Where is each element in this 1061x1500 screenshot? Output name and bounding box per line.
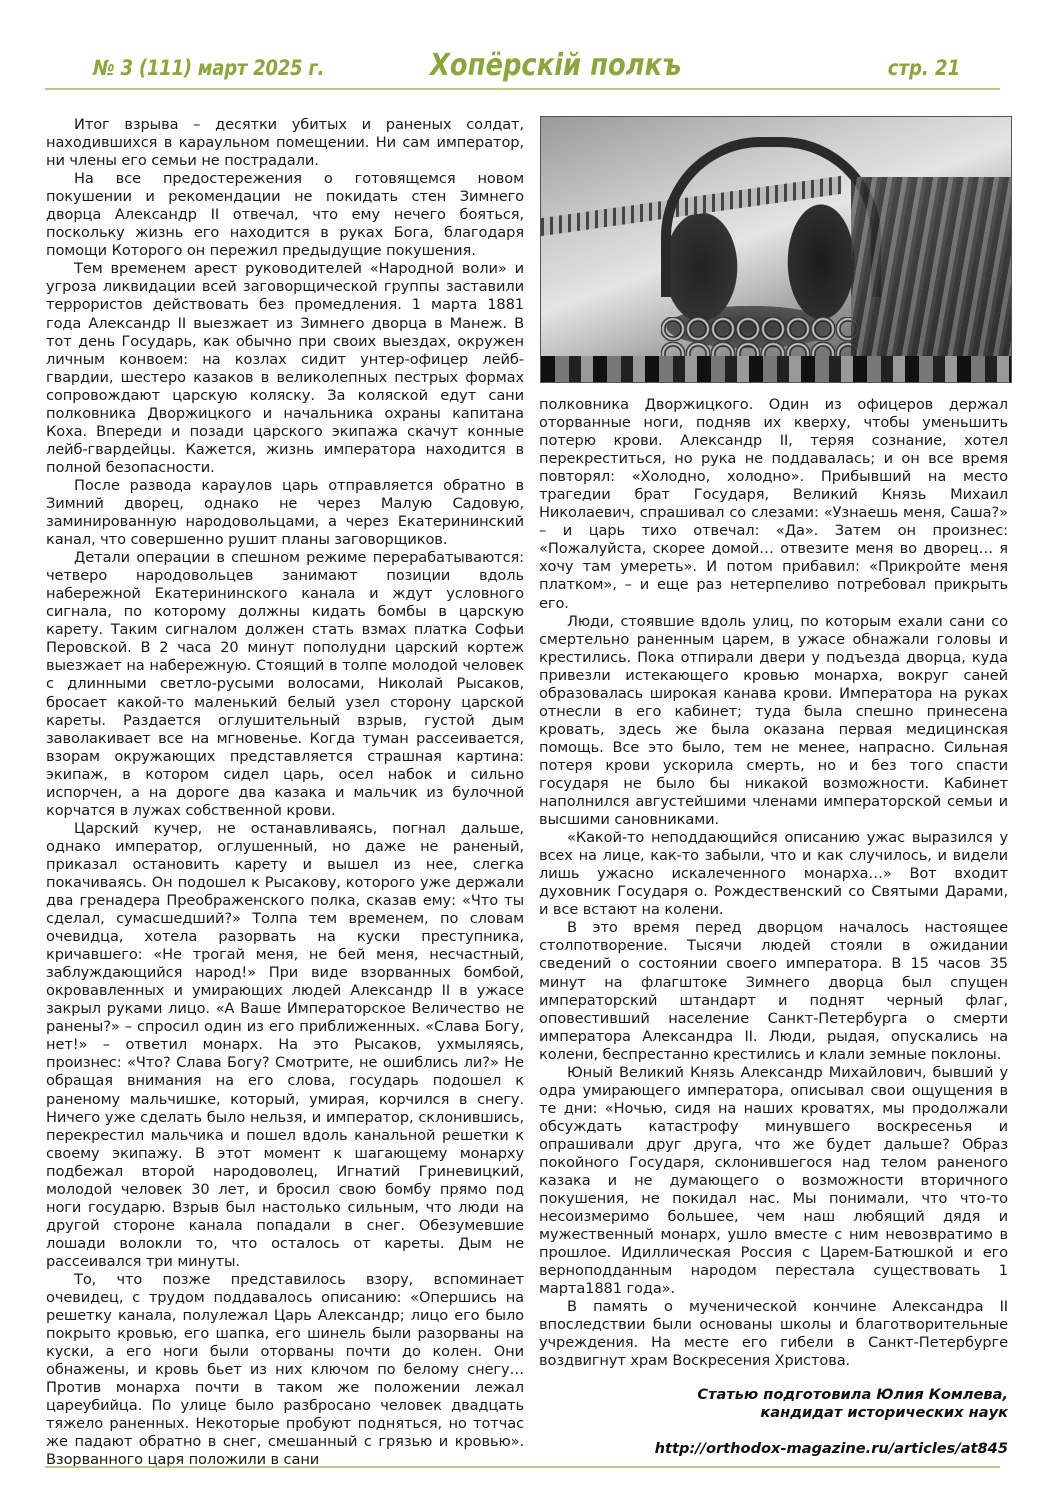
paragraph: После развода караулов царь отправляется…	[46, 477, 524, 549]
page-number: стр. 21	[888, 56, 960, 80]
paragraph: Люди, стоявшие вдоль улиц, по которым ех…	[539, 613, 1008, 830]
page-header: № 3 (111) март 2025 г. Хопёрскій полкъ с…	[45, 48, 1000, 90]
paragraph: То, что позже представилось взору, вспом…	[46, 1271, 524, 1470]
paragraph: «Какой-то неподдающийся описанию ужас вы…	[539, 829, 1008, 919]
footer-divider	[45, 1466, 1000, 1468]
paragraph: Детали операции в спешном режиме перераб…	[46, 549, 524, 820]
author-signature: Статью подготовила Юлия Комлева, кандида…	[697, 1386, 1008, 1422]
source-link[interactable]: http://orthodox-magazine.ru/articles/at8…	[655, 1440, 1008, 1457]
paragraph: В память о мученической кончине Александ…	[539, 1298, 1008, 1370]
author-credential: кандидат исторических наук	[697, 1404, 1008, 1422]
paragraph: На все предостережения о готовящемся нов…	[46, 170, 524, 260]
engraving-image	[540, 116, 1012, 383]
issue-number: № 3 (111) март 2025 г.	[93, 56, 324, 80]
right-column: полковника Дворжицкого. Один из офицеров…	[539, 396, 1008, 1371]
left-column: Итог взрыва – десятки убитых и раненых с…	[46, 116, 524, 1470]
paragraph: Итог взрыва – десятки убитых и раненых с…	[46, 116, 524, 170]
front-figures	[541, 356, 1011, 382]
memorial-arch	[661, 137, 881, 297]
author-line: Статью подготовила Юлия Комлева,	[697, 1386, 1008, 1404]
paragraph: Юный Великий Князь Александр Михайлович,…	[539, 1064, 1008, 1299]
paragraph-continuation: полковника Дворжицкого. Один из офицеров…	[539, 396, 1008, 613]
paragraph: Тем временем арест руководителей «Народн…	[46, 260, 524, 477]
paragraph: Царский кучер, не останавливаясь, погнал…	[46, 820, 524, 1271]
crowd	[851, 177, 1011, 382]
magazine-title: Хопёрскій полкъ	[430, 48, 681, 83]
paragraph: В это время перед дворцом началось насто…	[539, 919, 1008, 1063]
